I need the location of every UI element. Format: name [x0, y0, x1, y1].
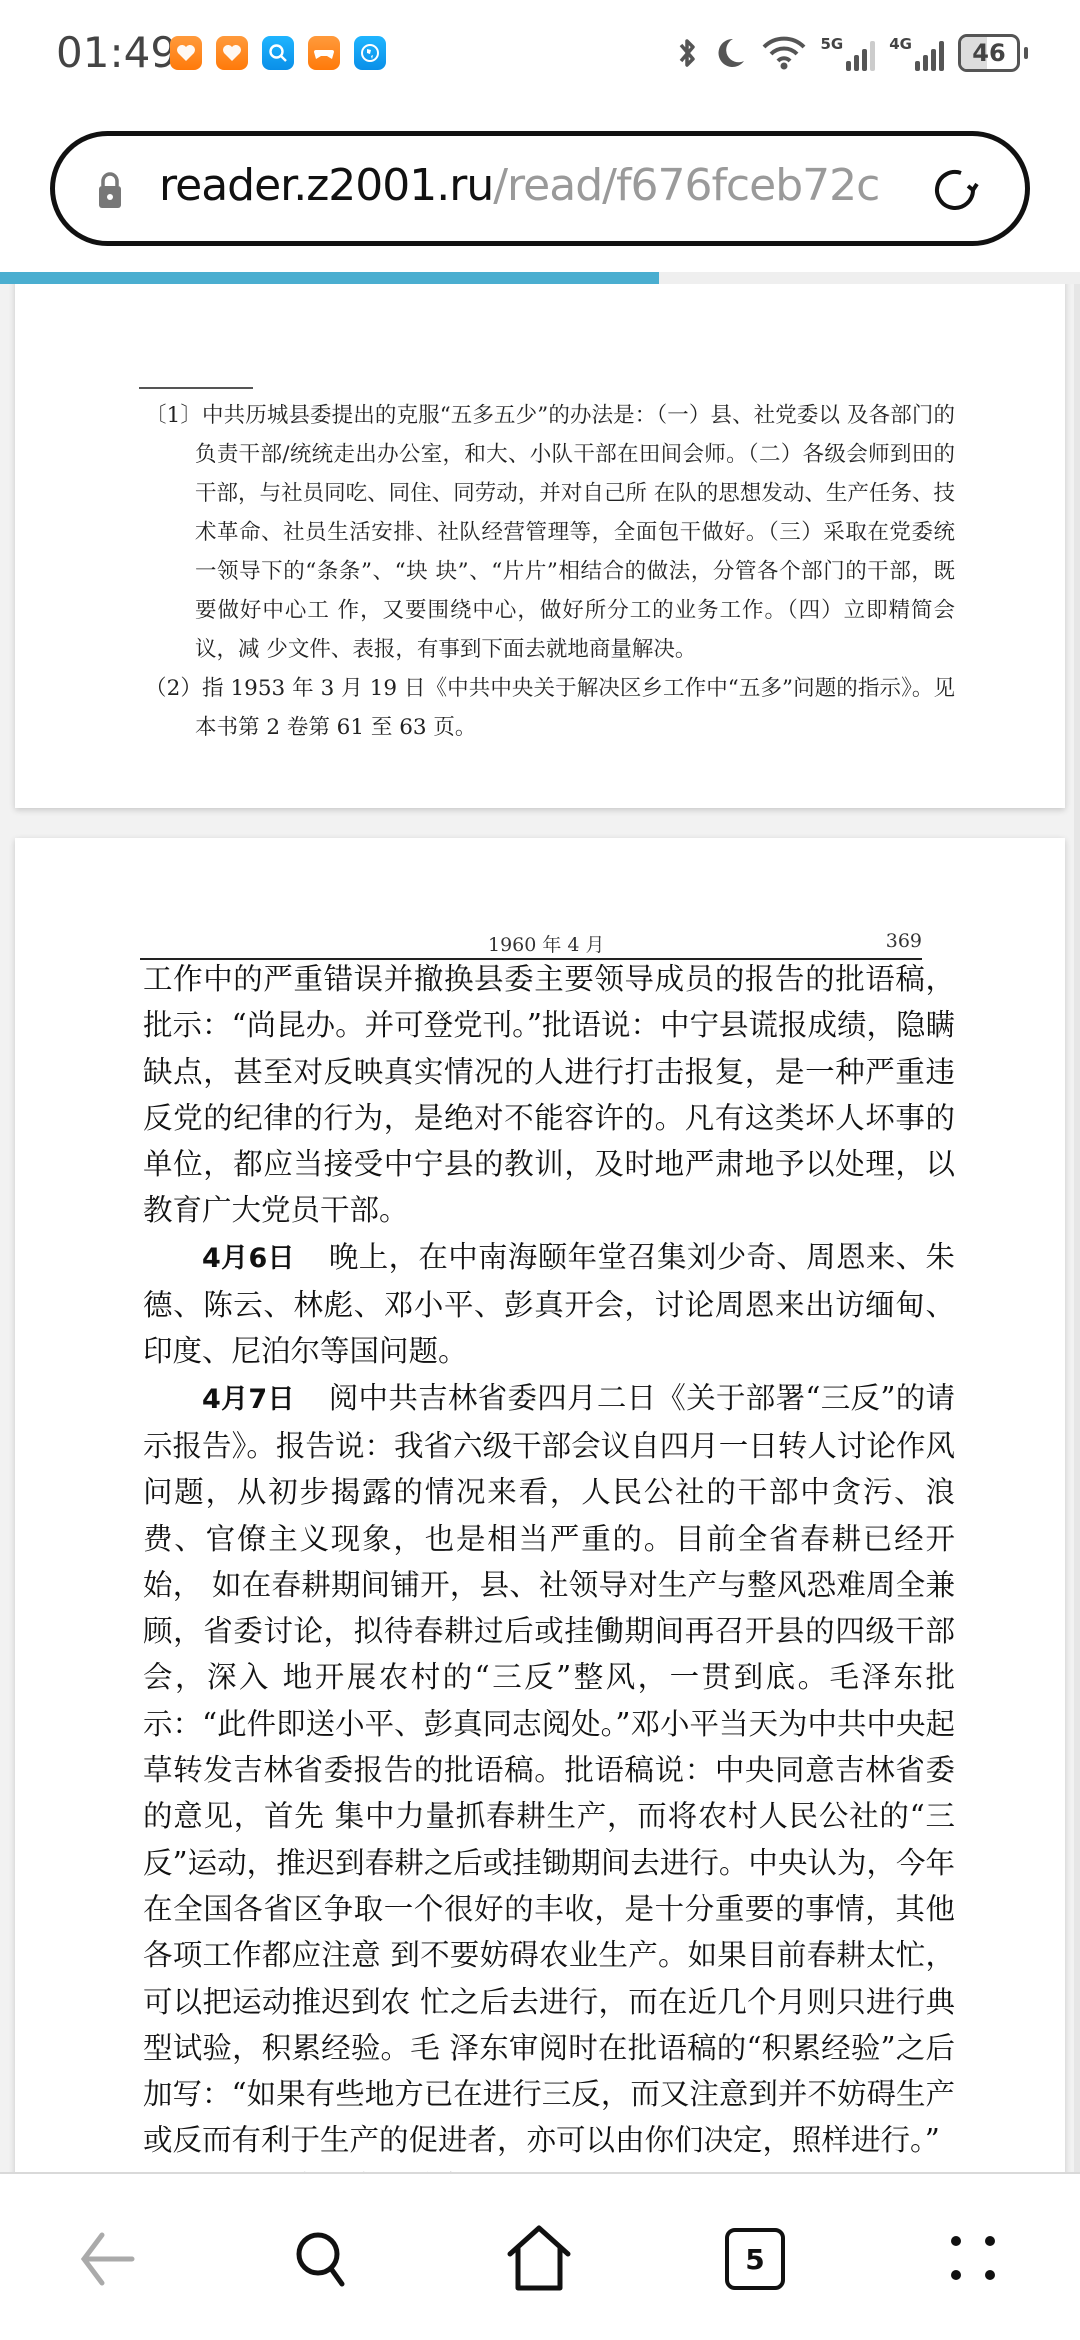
- home-icon: [504, 2224, 574, 2294]
- do-not-disturb-moon-icon: [713, 36, 747, 70]
- health-heart-icon: [170, 36, 202, 70]
- network-4g-label: 4G: [889, 35, 912, 53]
- paragraph-entry: 4月7日阅中共吉林省委四月二日《关于部署“三反”的请示报告》。报告说：我省六级干…: [143, 1375, 955, 2164]
- tabs-button[interactable]: 5: [710, 2214, 800, 2304]
- game-center-icon: [308, 36, 340, 70]
- system-status-icons: 5G 4G 46: [675, 34, 1029, 72]
- page-load-progress-fill: [0, 272, 659, 284]
- reader-viewport[interactable]: 〔1〕中共历城县委提出的克服“五多五少”的办法是：（一）县、社党委以 及各部门的…: [0, 284, 1080, 2172]
- page-number: 369: [886, 930, 922, 952]
- footnote-text: 指 1953 年 3 月 19 日《中共中央关于解决区乡工作中“五多”问题的指示…: [195, 676, 955, 740]
- battery-indicator: 46: [958, 34, 1020, 72]
- wifi-icon: [761, 35, 807, 71]
- tab-count: 5: [725, 2228, 785, 2290]
- back-arrow-icon: [72, 2229, 142, 2289]
- footnote-marker: （2）: [145, 676, 202, 701]
- page-load-progress: [0, 272, 1080, 284]
- battery-level: 46: [972, 39, 1005, 67]
- partially-visible-line: 四月 中共中央转发……: [143, 2164, 955, 2172]
- status-time: 01:49: [56, 28, 177, 77]
- browser-globe-icon: [354, 36, 386, 70]
- paragraph-entry: 4月6日晚上，在中南海颐年堂召集刘少奇、周恩来、朱德、陈云、林彪、邓小平、彭真开…: [143, 1234, 955, 1375]
- search-app-icon: [262, 36, 294, 70]
- paragraph-text: 工作中的严重错误并撤换县委主要领导成员的报告的批语稿，批示：“尚昆办。并可登党刊…: [143, 962, 955, 1227]
- url-host: reader.z2001.ru: [159, 160, 493, 211]
- footnotes: 〔1〕中共历城县委提出的克服“五多五少”的办法是：（一）县、社党委以 及各部门的…: [145, 396, 955, 747]
- footnote-marker: 〔1〕: [145, 403, 202, 428]
- health-heart-icon: [216, 36, 248, 70]
- entry-date: 4月6日: [202, 1243, 295, 1274]
- menu-button[interactable]: [928, 2214, 1018, 2304]
- footnote-rule: [139, 387, 253, 389]
- paragraph: 工作中的严重错误并撤换县委主要领导成员的报告的批语稿，批示：“尚昆办。并可登党刊…: [143, 956, 955, 1234]
- battery-tip: [1024, 47, 1028, 59]
- footnote-1: 〔1〕中共历城县委提出的克服“五多五少”的办法是：（一）县、社党委以 及各部门的…: [145, 396, 955, 669]
- running-head-title: 1960 年 4 月: [488, 930, 605, 957]
- footnote-text: 中共历城县委提出的克服“五多五少”的办法是：（一）县、社党委以 及各部门的负责干…: [195, 403, 955, 662]
- menu-dots-icon: [948, 2229, 998, 2289]
- book-page-previous: 〔1〕中共历城县委提出的克服“五多五少”的办法是：（一）县、社党委以 及各部门的…: [15, 284, 1065, 808]
- search-button[interactable]: [278, 2214, 368, 2304]
- page-body: 工作中的严重错误并撤换县委主要领导成员的报告的批语稿，批示：“尚昆办。并可登党刊…: [143, 956, 955, 2172]
- home-button[interactable]: [494, 2214, 584, 2304]
- search-icon: [288, 2224, 358, 2294]
- paragraph-text: 阅中共吉林省委四月二日《关于部署“三反”的请示报告》。报告说：我省六级干部会议自…: [143, 1381, 955, 2158]
- address-bar[interactable]: reader.z2001.ru/read/f676fceb72c: [50, 131, 1030, 246]
- reload-icon[interactable]: [925, 160, 985, 220]
- status-bar: 01:49 5G 4G: [0, 0, 1080, 110]
- back-button[interactable]: [62, 2214, 152, 2304]
- lock-icon[interactable]: [97, 170, 123, 210]
- scrollbar[interactable]: [1074, 284, 1080, 2172]
- notification-icons: [170, 36, 386, 70]
- signal-5g-icon: 5G: [821, 35, 876, 71]
- url-text[interactable]: reader.z2001.ru/read/f676fceb72c: [159, 160, 945, 211]
- signal-4g-icon: 4G: [889, 35, 944, 71]
- book-page-current: 1960 年 4 月 369 工作中的严重错误并撤换县委主要领导成员的报告的批语…: [15, 838, 1065, 2172]
- entry-date: 4月7日: [202, 1384, 295, 1415]
- browser-bottom-toolbar: 5: [0, 2172, 1080, 2340]
- network-5g-label: 5G: [821, 35, 844, 53]
- footnote-2: （2）指 1953 年 3 月 19 日《中共中央关于解决区乡工作中“五多”问题…: [145, 669, 955, 747]
- url-path: /read/f676fceb72c: [493, 160, 879, 211]
- bluetooth-icon: [675, 35, 699, 71]
